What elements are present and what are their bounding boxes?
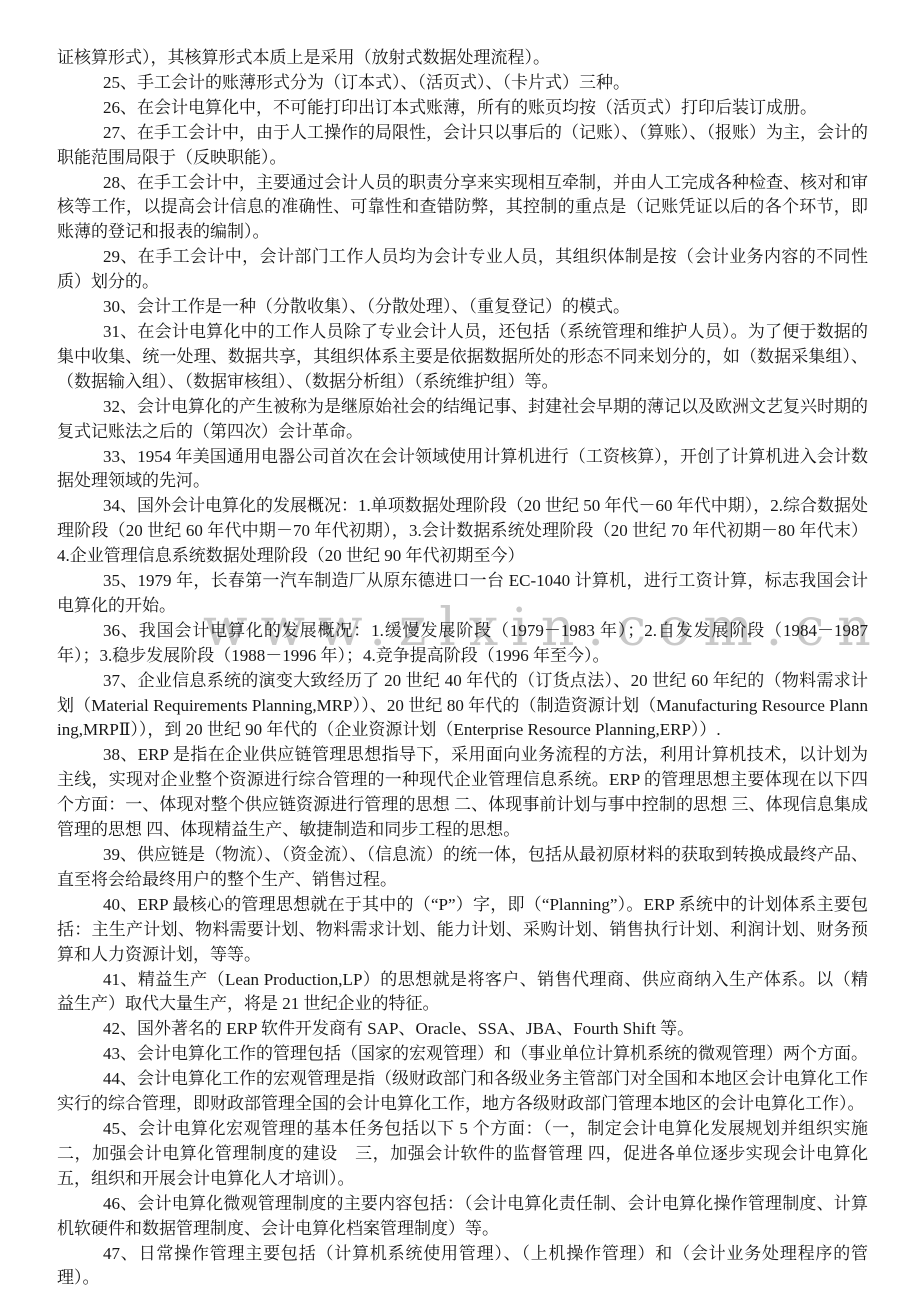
paragraph-item-35: 35、1979 年，长春第一汽车制造厂从原东德进口一台 EC-1040 计算机，… xyxy=(57,569,868,619)
paragraph-continuation-24: 证核算形式），其核算形式本质上是采用（放射式数据处理流程）。 xyxy=(57,46,868,71)
paragraph-item-40: 40、ERP 最核心的管理思想就在于其中的（“P”）字，即（“Planning”… xyxy=(57,893,868,968)
paragraph-item-34: 34、国外会计电算化的发展概况：1.单项数据处理阶段（20 世纪 50 年代－6… xyxy=(57,494,868,569)
paragraph-item-28: 28、在手工会计中，主要通过会计人员的职责分享来实现相互牵制，并由人工完成各种检… xyxy=(57,171,868,246)
paragraph-item-41: 41、精益生产（Lean Production,LP）的思想就是将客户、销售代理… xyxy=(57,968,868,1018)
document-page: www.zlxin.com.cn 证核算形式），其核算形式本质上是采用（放射式数… xyxy=(0,0,920,1302)
paragraph-item-27: 27、在手工会计中，由于人工操作的局限性，会计只以事后的（记账）、（算账）、（报… xyxy=(57,121,868,171)
paragraph-item-47: 47、日常操作管理主要包括（计算机系统使用管理）、（上机操作管理）和（会计业务处… xyxy=(57,1242,868,1292)
paragraph-item-45: 45、会计电算化宏观管理的基本任务包括以下 5 个方面：（一，制定会计电算化发展… xyxy=(57,1117,868,1192)
paragraph-item-38: 38、ERP 是指在企业供应链管理思想指导下，采用面向业务流程的方法，利用计算机… xyxy=(57,743,868,843)
paragraph-item-36: 36、我国会计电算化的发展概况：1.缓慢发展阶段（1979－1983 年）；2.… xyxy=(57,619,868,669)
document-body: 证核算形式），其核算形式本质上是采用（放射式数据处理流程）。25、手工会计的账薄… xyxy=(57,46,868,1291)
paragraph-item-39: 39、供应链是（物流）、（资金流）、（信息流）的统一体，包括从最初原材料的获取到… xyxy=(57,843,868,893)
paragraph-item-30: 30、会计工作是一种（分散收集）、（分散处理）、（重复登记）的模式。 xyxy=(57,295,868,320)
paragraph-item-26: 26、在会计电算化中，不可能打印出订本式账薄，所有的账页均按（活页式）打印后装订… xyxy=(57,96,868,121)
paragraph-item-42: 42、国外著名的 ERP 软件开发商有 SAP、Oracle、SSA、JBA、F… xyxy=(57,1017,868,1042)
paragraph-item-37: 37、企业信息系统的演变大致经历了 20 世纪 40 年代的（订货点法）、20 … xyxy=(57,669,868,744)
paragraph-item-25: 25、手工会计的账薄形式分为（订本式）、（活页式）、（卡片式）三种。 xyxy=(57,71,868,96)
paragraph-item-32: 32、会计电算化的产生被称为是继原始社会的结绳记事、封建社会早期的薄记以及欧洲文… xyxy=(57,395,868,445)
paragraph-item-46: 46、会计电算化微观管理制度的主要内容包括：（会计电算化责任制、会计电算化操作管… xyxy=(57,1192,868,1242)
paragraph-item-31: 31、在会计电算化中的工作人员除了专业会计人员，还包括（系统管理和维护人员）。为… xyxy=(57,320,868,395)
paragraph-item-29: 29、在手工会计中，会计部门工作人员均为会计专业人员，其组织体制是按（会计业务内… xyxy=(57,245,868,295)
paragraph-item-33: 33、1954 年美国通用电器公司首次在会计领域使用计算机进行（工资核算），开创… xyxy=(57,445,868,495)
paragraph-item-44: 44、会计电算化工作的宏观管理是指（级财政部门和各级业务主管部门对全国和本地区会… xyxy=(57,1067,868,1117)
paragraph-item-43: 43、会计电算化工作的管理包括（国家的宏观管理）和（事业单位计算机系统的微观管理… xyxy=(57,1042,868,1067)
